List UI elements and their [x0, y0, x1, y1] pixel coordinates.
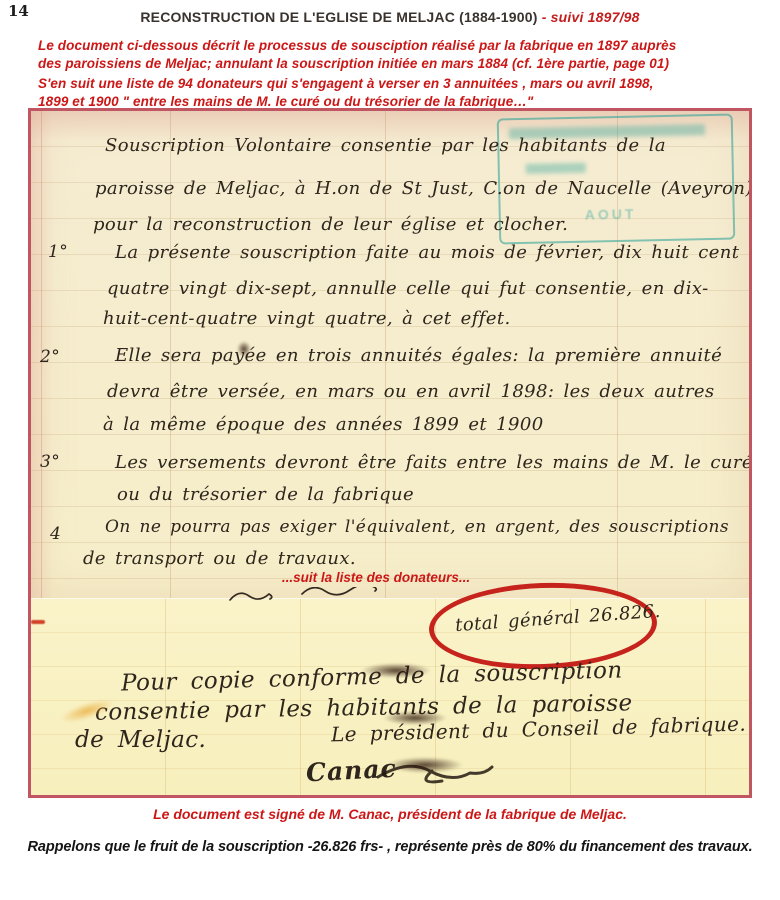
item-2-line: à la même époque des années 1899 et 1900 [103, 414, 544, 435]
ink-blotch [361, 663, 431, 678]
closing-line: de Meljac. [75, 727, 206, 753]
intro-paragraph2-line2: 1899 et 1900 " entre les mains de M. le … [38, 94, 533, 109]
intro-paragraph1-line2: des paroissiens de Meljac; annulant la s… [38, 56, 669, 71]
item-3-line: ou du trésorier de la fabrique [117, 484, 414, 505]
item-3-line: Les versements devront être faits entre … [115, 452, 749, 473]
item-2-line: devra être versée, en mars ou en avril 1… [107, 381, 715, 402]
page-title-main: RECONSTRUCTION DE L'EGLISE DE MELJAC (18… [140, 9, 541, 25]
intro-paragraph1-line1: Le document ci-dessous décrit le process… [38, 38, 676, 53]
page-title: RECONSTRUCTION DE L'EGLISE DE MELJAC (18… [0, 9, 780, 25]
handwritten-opening-line: pour la reconstruction de leur église et… [93, 214, 568, 235]
handwritten-opening-line: paroisse de Meljac, à H.on de St Just, C… [95, 178, 749, 199]
ink-blotch [383, 711, 447, 725]
handwritten-opening-line: Souscription Volontaire consentie par le… [105, 135, 666, 156]
item-2-line: Elle sera payée en trois annuités égales… [115, 345, 722, 366]
stamp-month-text: AOUT [585, 206, 637, 223]
handwritten-squiggle [226, 587, 476, 605]
ink-blotch [387, 757, 463, 773]
ink-blotch [237, 341, 251, 357]
donors-list-note: ...suit la liste des donateurs... [31, 570, 735, 585]
item-1-line: huit-cent-quatre vingt quatre, à cet eff… [103, 308, 511, 329]
item-4-line: On ne pourra pas exiger l'équivalent, en… [105, 517, 729, 537]
item-1-line: La présente souscription faite au mois d… [115, 242, 739, 263]
document-page: 14 RECONSTRUCTION DE L'EGLISE DE MELJAC … [0, 0, 780, 900]
scanned-document-paper: AOUT Souscription Volontaire consentie p… [31, 111, 749, 795]
item-4-number: 4 [50, 524, 61, 544]
footer-note: Rappelons que le fruit de la souscriptio… [0, 839, 780, 855]
item-4-line: de transport ou de travaux. [83, 548, 356, 569]
intro-paragraph2-line1: S'en suit une liste de 94 donateurs qui … [38, 76, 654, 91]
stamp-illegible-text [526, 163, 586, 174]
item-1-line: quatre vingt dix-sept, annulle celle qui… [107, 278, 709, 299]
item-1-number: 1° [48, 242, 68, 262]
scanned-document: AOUT Souscription Volontaire consentie p… [28, 108, 752, 798]
signed-caption: Le document est signé de M. Canac, prési… [0, 806, 780, 822]
item-2-number: 2° [40, 347, 60, 367]
item-3-number: 3° [40, 452, 60, 472]
red-mark [31, 620, 45, 624]
page-title-suffix: - suivi 1897/98 [542, 9, 640, 25]
